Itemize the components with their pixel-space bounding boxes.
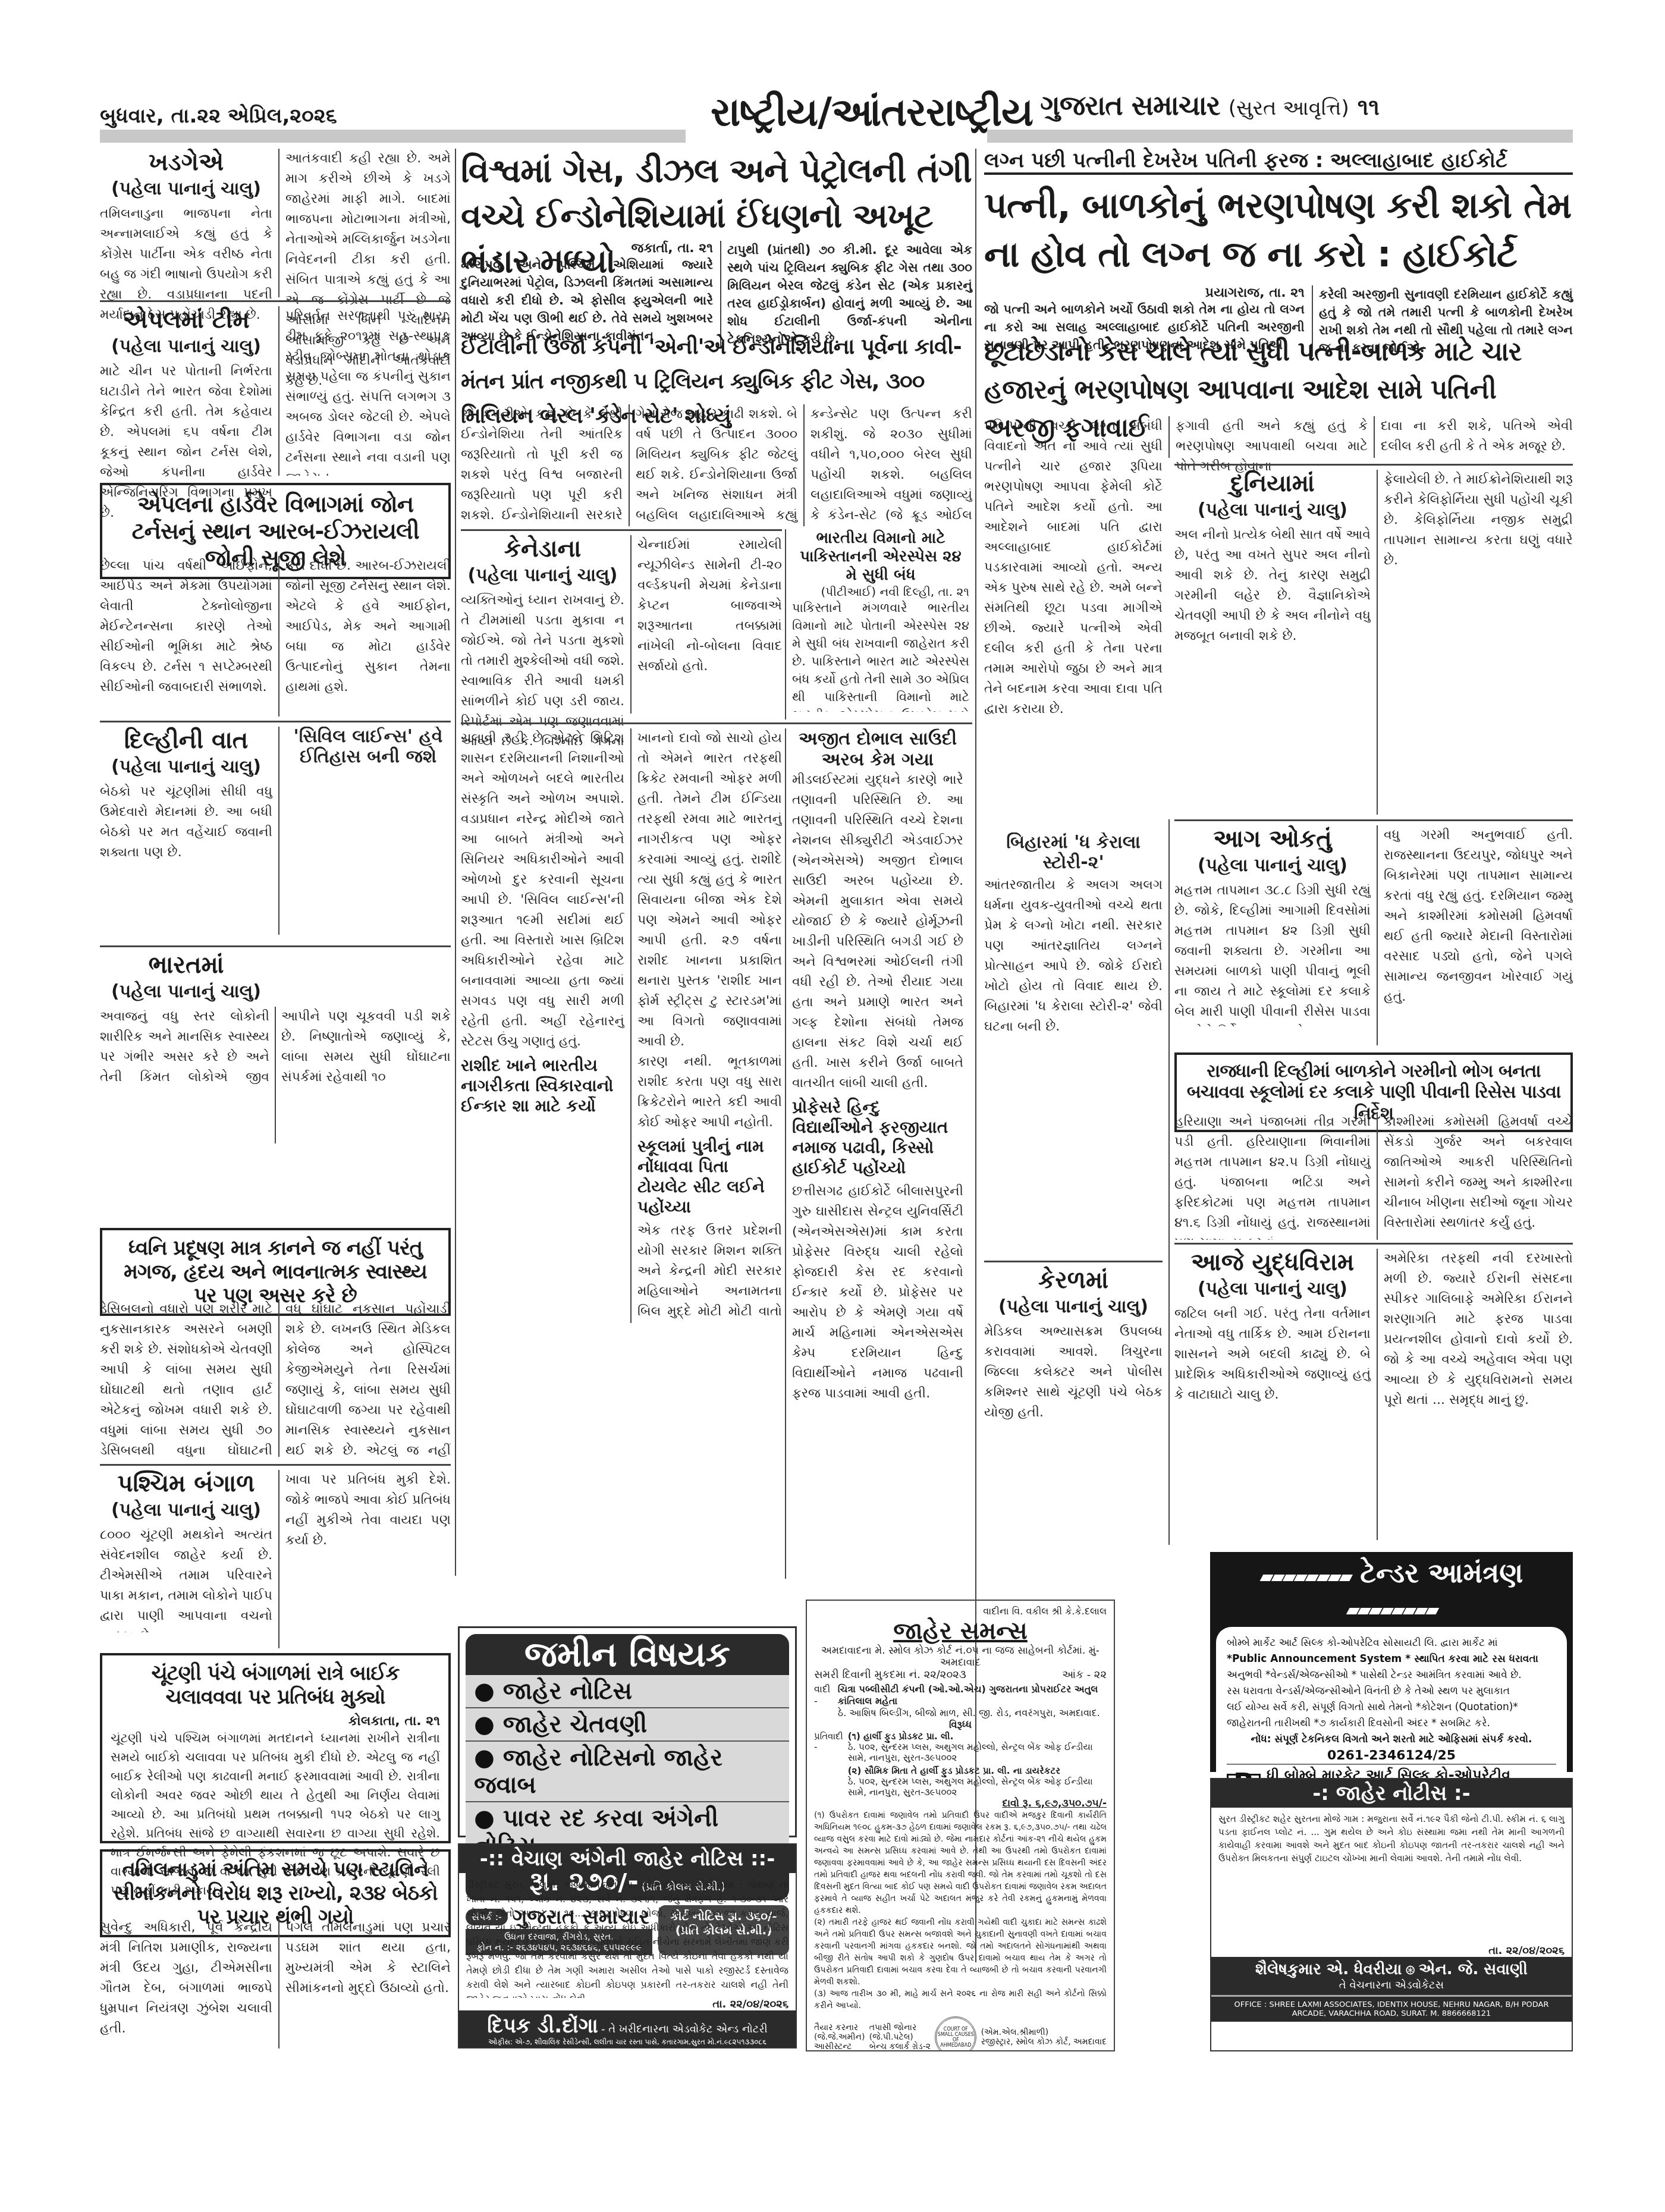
article-title: પ્રોફેસરે હિન્દુ વિદ્યાર્થીઓને ફરજીયાત ન… bbox=[792, 1097, 963, 1178]
summons-case: સમરી દિવાની મુકદમા નં. ૨૨/૨૦૨૩ bbox=[814, 1669, 966, 1681]
edition-label: (સુરત આવૃત્તિ) bbox=[1229, 96, 1349, 120]
article-doval: અજીત દોભાલ સાઉદી અરબ કેમ ગયા મીડલઈસ્ટમાં… bbox=[785, 728, 963, 1579]
ad-service-item: જાહેર ચેતવણી bbox=[466, 1708, 789, 1742]
article-title: આગ ઓકતું bbox=[1174, 825, 1371, 853]
versus-label: વિરૂધ્ધ bbox=[814, 1719, 1107, 1731]
defendant-label: પ્રતિવાદી - bbox=[814, 1731, 843, 1798]
article-kharge-cont: આતંકવાદી કહી રહ્યા છે. અમે માગ કરીએ છીએ … bbox=[278, 149, 451, 297]
notice-date: તા. ૨૨/૦૪/૨૦૨૬ bbox=[459, 1998, 796, 2010]
article-body-2: કારણ નથી. ભૂતકાળમાં રાશીદ કરતા પણ વધુ સા… bbox=[637, 1052, 782, 1133]
article-bengal-cont: ખાવા પર પ્રતિબંધ મુકી દેશે. જોકે ભાજપે આ… bbox=[278, 1470, 451, 1648]
article-subtitle: (પહેલા પાનાનું ચાલુ) bbox=[1174, 1278, 1371, 1299]
article-delhi: દિલ્હીની વાત (પહેલા પાનાનું ચાલુ) બેઠકો … bbox=[100, 727, 272, 948]
headline-bike-ban: ચૂંટણી પંચે બંગાળમાં રાત્રે બાઈક ચલાવવવા… bbox=[111, 1661, 440, 1709]
signatory: તૈયાર કરનાર(જે.જે.અમીન)આસીસ્ટન્ટ bbox=[814, 2023, 865, 2051]
summons-para: (૩) આજ તારીખ ૩૦ મી, માહે માર્ચ સને ૨૦૨૬ … bbox=[814, 1988, 1107, 2012]
article-title: પશ્ચિમ બંગાળ bbox=[100, 1470, 272, 1497]
article-subtitle: (પહેલા પાનાનું ચાલુ) bbox=[100, 178, 272, 199]
ad-service-item: જાહેર નોટિસનો જાહેર જવાબ bbox=[466, 1742, 789, 1802]
column: ગેસ રોજ બહાર કાઢી શકશે. બે વર્ષ પછી તે ઉ… bbox=[629, 404, 797, 526]
page-number: ૧૧ bbox=[1358, 94, 1380, 121]
article-title: સ્કૂલમાં પુત્રીનું નામ નોંધાવવા પિતા ટોય… bbox=[637, 1136, 782, 1217]
article-delhi-school-body2: કાશ્મીરમાં કમોસમી હિમવર્ષા વચ્ચે સેંકડો … bbox=[1377, 1112, 1573, 1240]
article-world-cont: ફેલાયેલી છે. તે માઈક્રોનેશિયાથી શરૂ કરીન… bbox=[1377, 470, 1573, 815]
article-title: એપલમાં ટીમ bbox=[100, 306, 272, 334]
header-rule-right bbox=[987, 130, 1573, 143]
article-title: ખડગેએ bbox=[100, 149, 272, 176]
ad-land-notices: જમીન વિષયક જાહેર નોટિસ જાહેર ચેતવણી જાહે… bbox=[458, 1626, 797, 1837]
article-kerala-story: બિહારમાં 'ધ કેરાલા સ્ટોરી-૨' આંતરજાતીય ક… bbox=[984, 832, 1163, 1142]
divider bbox=[100, 300, 451, 302]
article-noise-body2: વધુ ઘોંઘાટ નુકસાન પહોંચાડી શકે છે. લખનઉ … bbox=[278, 1299, 451, 1457]
tender-title: ▰▰▰▰▰▰▰▰ ટેન્ડર આમંત્રણ ▰▰▰▰▰▰▰▰ bbox=[1210, 1552, 1573, 1627]
divider bbox=[461, 529, 782, 531]
defendant-1-address: ઠે. ૫૦૨, સુન્દરમ પ્લસ, અથુગલ મહોલ્લો, સે… bbox=[848, 1742, 1107, 1763]
signatory: (એમ.એલ.શ્રીમાળી)રજીસ્ટ્રાર, સ્મોલ કોઝ કો… bbox=[981, 2028, 1107, 2047]
article-title: ભારતમાં bbox=[100, 951, 272, 979]
plaintiff-label: વાદી - bbox=[814, 1683, 833, 1719]
summons-lawyer: વાદીના વિ. વકીલ શ્રી કે.કે.દલાલ bbox=[814, 1605, 1107, 1617]
divider bbox=[100, 721, 451, 722]
article-subtitle: (પહેલા પાનાનું ચાલુ) bbox=[1174, 499, 1371, 520]
summons-para: (૨) તમારી તરફે હાજર થઈ જવાની નોંધ કરાવી … bbox=[814, 1916, 1107, 1988]
article-body: મહત્તમ તાપમાન ૩૮.૮ ડિગ્રી સુધી રહ્યું છે… bbox=[1174, 881, 1371, 1026]
article-subtitle: (પહેલા પાનાનું ચાલુ) bbox=[100, 981, 272, 1002]
court-summons: વાદીના વિ. વકીલ શ્રી કે.કે.દલાલ જાહેર સમ… bbox=[806, 1600, 1115, 2051]
stripe-decoration-icon: ▰▰▰▰▰▰▰▰ bbox=[1260, 1566, 1351, 1587]
divider bbox=[984, 1261, 1163, 1262]
divider bbox=[1174, 1243, 1573, 1245]
advocate-address: ઓફીસ: એ-૭, શીવાલિક રેસીડેન્સી, લલીતા ચાર… bbox=[463, 2038, 792, 2047]
section-title: રાષ્ટ્રીય/આંતરરાષ્ટ્રીય bbox=[711, 89, 1033, 136]
article-body: ૮૦૦૦ ચૂંટણી મથકોને અત્યંત સંવેદનશીલ જાહે… bbox=[100, 1525, 272, 1632]
dateline: જકાર્તા, તા. ૨૧ bbox=[461, 241, 713, 256]
header-rule-left bbox=[100, 130, 686, 143]
public-notice: -: જાહેર નોટીસ :- સુરત ડીસ્ટ્રીકટ શહેર સ… bbox=[1210, 1778, 1573, 2051]
advocate-name: શૈલેષકુમાર એ. ધેવરીયા bbox=[1255, 1960, 1402, 1978]
court-seal-icon: COURT OF SMALL CAUSES OF AHMEDABAD bbox=[935, 2016, 976, 2051]
article-pakistan: ભારતીય વિમાનો માટે પાકિસ્તાનની એરસ્પેસ ૨… bbox=[785, 529, 969, 719]
advocate-role: તે વેચનારના એડવોકેટસ bbox=[1215, 1979, 1568, 1991]
tender-phone: 0261-2346124/25 bbox=[1227, 1748, 1556, 1764]
ad-service-item: જાહેર નોટિસ bbox=[466, 1675, 789, 1708]
article-world: દુનિયામાં (પહેલા પાનાનું ચાલુ) અલ નીનો પ… bbox=[1174, 470, 1371, 805]
column: ફગાવી હતી અને કહ્યું હતું કે ભરણપોષણ આપવ… bbox=[1176, 416, 1368, 458]
advocate-role: - તે ખરીદનારના એડવોકેટ એન્ડ નોટરી bbox=[601, 2023, 768, 2035]
article-title: ભારતીય વિમાનો માટે પાકિસ્તાનની એરસ્પેસ ૨… bbox=[792, 529, 969, 585]
article-title: કેનેડાના bbox=[461, 535, 624, 563]
notice-date: તા. ૨૨/૦૪/૨૦૨૬ bbox=[1211, 1944, 1572, 1957]
defendant-2-address: ઠે. ૫૦૨, સુન્દરમ પ્લસ, અથુગલ મહોલ્લો, સે… bbox=[848, 1776, 1107, 1798]
article-allahabad-cols: ફગાવી હતી અને કહ્યું હતું કે ભરણપોષણ આપવ… bbox=[1168, 416, 1573, 458]
notice-body: ડીસ્ટ્રીકટ સુરત, તાલુકો: અબ્રામા (જુનો ત… bbox=[459, 1873, 796, 1998]
article-body: ચલાવી રહી છે એટલે બ્રિટિશ શાસન દરમિયાનની… bbox=[461, 728, 624, 1052]
column-rule bbox=[1168, 819, 1170, 1545]
article-subtitle: (પહેલા પાનાનું ચાલુ) bbox=[461, 565, 624, 586]
article-civil-lines-left: 'સિવિલ લાઈન્સ' હવે ઈતિહાસ બની જશે bbox=[278, 727, 451, 935]
article-apple-team-cont: પરિવર્તન સરળતાથી પૂરું થાય. ટીમ કૂકે ૨૦૧… bbox=[278, 306, 451, 476]
summons-para: (૧) ઉપરોકત દાવામાં જણાવેલ તમો પ્રતિવાદી … bbox=[814, 1809, 1107, 1916]
article-india: ભારતમાં (પહેલા પાનાનું ચાલુ) અવાજનું વધુ… bbox=[100, 951, 451, 1143]
article-title: આજે યુદ્ધવિરામ bbox=[1174, 1249, 1371, 1276]
article-apple-body: છેલ્લા પાંચ વર્ષથી આઈફોન, આઈપેડ અને મેકમ… bbox=[100, 556, 272, 717]
article-civil-lines: ચલાવી રહી છે એટલે બ્રિટિશ શાસન દરમિયાનની… bbox=[461, 728, 624, 1323]
paper-name: ગુજરાત સમાચાર bbox=[1040, 89, 1220, 122]
summons-court: અમદાવાદના મે. સ્મોલ કોઝ કોર્ટ નં.૦૫ ના જ… bbox=[814, 1645, 1107, 1669]
issue-date: બુધવાર, તા.૨૨ એપ્રિલ,૨૦૨૬ bbox=[100, 104, 337, 128]
plaintiff-name: ચિત્રા પબ્લીસીટી કંપની (ઓ.ઓ.એચ) ગુજરાતના… bbox=[838, 1683, 1107, 1707]
signatory: તપાસી જોનાર(જે.પી.પટેલ)બેન્ચ કલાર્ક ગ્રે… bbox=[869, 2023, 931, 2051]
stripe-decoration-icon: ▰▰▰▰▰▰▰▰ bbox=[1346, 1600, 1437, 1620]
article-bengal: પશ્ચિમ બંગાળ (પહેલા પાનાનું ચાલુ) ૮૦૦૦ ચ… bbox=[100, 1470, 272, 1632]
article-body: એક તરફ ઉત્તર પ્રદેશની યોગી સરકાર મિશન શક… bbox=[637, 1221, 782, 1323]
article-body: મીડલઈસ્ટમાં યુદ્ધને કારણે ભારે તણાવની પર… bbox=[792, 770, 963, 1094]
article-apple-body2: કરી દીધી છે. આરબ-ઈઝરાયલી જોની સૂજી ટર્નસ… bbox=[278, 556, 451, 717]
article-noise-body: ડેસિબલનો વધારો પણ શરીર માટે નુકસાનકારક અ… bbox=[100, 1299, 272, 1457]
article-title: કેરળમાં bbox=[984, 1267, 1163, 1294]
notice-body: સુરત ડીસ્ટ્રીકટ શહેર સુરતના મોજે ગામ : મ… bbox=[1211, 1808, 1572, 1944]
divider bbox=[1174, 464, 1573, 466]
column: દાવા ના કરી શકે, પતિએ એવી દલીલ કરી હતી ક… bbox=[1374, 416, 1573, 458]
article-rashid: ખાનનો દાવો જો સાચો હોય તો એમને ભારત તરફથ… bbox=[630, 728, 782, 1323]
article-title: દુનિયામાં bbox=[1174, 470, 1371, 497]
column: એ કંપનીએ કહ્યું છે કે તેથી ઈન્ડોનેશિયા ત… bbox=[461, 404, 623, 526]
article-body: બેઠકો પર ચૂંટણીમાં સીધી વધુ ઉમેદવારો મેદ… bbox=[100, 782, 272, 948]
divider bbox=[100, 1464, 451, 1466]
headline-allahabad: પત્ની, બાળકોનું ભરણપોષણ કરી શકો તેમ ના હ… bbox=[984, 181, 1573, 279]
article-title: 'સિવિલ લાઈન્સ' હવે ઈતિહાસ બની જશે bbox=[285, 727, 451, 767]
sale-notice: -:: વેચાણ અંગેની જાહેર નોટિસ ::- ડીસ્ટ્ર… bbox=[458, 1843, 797, 2048]
claim-amount: દાવો રૂ. ૬,૯૭,૩૫૦.૭૫/- bbox=[814, 1798, 1107, 1809]
article-allahabad-col1: પતિ-પત્ની વચ્ચે લગ્ન સંબંધી વિવાદનો અંત … bbox=[984, 416, 1163, 827]
article-body: વ્યક્તિઓનું ધ્યાન રાખવાનું છે. તે ટીમમાં… bbox=[461, 590, 624, 745]
article-bike-ban: ચૂંટણી પંચે બંગાળમાં રાત્રે બાઈક ચલાવવવા… bbox=[100, 1653, 451, 1843]
article-subtitle: (પહેલા પાનાનું ચાલુ) bbox=[984, 1296, 1163, 1317]
office-address: OFFICE : SHREE LAXMI ASSOCIATES, IDENTIX… bbox=[1211, 1995, 1572, 2022]
article-canada: કેનેડાના (પહેલા પાનાનું ચાલુ) વ્યક્તિઓનુ… bbox=[461, 535, 624, 745]
kicker-allahabad: લગ્ન પછી પત્નીની દેખરેખ પતિની ફરજ : અલ્લ… bbox=[984, 149, 1573, 175]
article-body: મેડિકલ અભ્યાસક્રમ ઉપલબ્ધ કરાવવામાં આવશે.… bbox=[984, 1322, 1163, 1560]
masthead-right: ગુજરાત સમાચાર (સુરત આવૃત્તિ) ૧૧ bbox=[1040, 89, 1380, 122]
ad-service-list: જાહેર નોટિસ જાહેર ચેતવણી જાહેર નોટિસનો જ… bbox=[466, 1675, 789, 1863]
ad-title: જમીન વિષયક bbox=[466, 1634, 789, 1675]
article-ceasefire: આજે યુદ્ધવિરામ (પહેલા પાનાનું ચાલુ) જટિલ… bbox=[1174, 1249, 1371, 1524]
plaintiff-address: ઠે. આશિષ બિલ્ડીંગ, બીજો માળ, સી. જી. રોડ… bbox=[838, 1707, 1107, 1719]
article-body: પાકિસ્તાને મંગળવારે ભારતીય વિમાનો માટે પ… bbox=[792, 599, 969, 712]
article-indonesia-cols: એ કંપનીએ કહ્યું છે કે તેથી ઈન્ડોનેશિયા ત… bbox=[461, 404, 972, 526]
article-body: અવાજનું વધુ સ્તર લોકોની શારીરિક અને માનસ… bbox=[100, 1007, 451, 1143]
article-subtitle: (પહેલા પાનાનું ચાલુ) bbox=[1174, 855, 1371, 876]
article-body: અલ નીનો પ્રત્યેક બેથી સાત વર્ષે આવે છે, … bbox=[1174, 525, 1371, 805]
divider bbox=[461, 722, 972, 724]
article-title: રાશીદ ખાને ભારતીય નાગરીકતા સ્વિકારવાનો ઈ… bbox=[461, 1055, 624, 1116]
notice-title: -:: વેચાણ અંગેની જાહેર નોટિસ ::- bbox=[459, 1845, 796, 1873]
article-subtitle: (પહેલા પાનાનું ચાલુ) bbox=[100, 336, 272, 357]
ad-tender: ▰▰▰▰▰▰▰▰ ટેન્ડર આમંત્રણ ▰▰▰▰▰▰▰▰ બોમ્બે … bbox=[1210, 1552, 1573, 1772]
column-rule bbox=[455, 149, 456, 1576]
advocate-name-2: એન. જે. સવાણી bbox=[1419, 1960, 1528, 1978]
divider bbox=[1174, 819, 1573, 821]
article-tamilnadu-body2: પગલે તમિલનાડુમાં પણ પ્રચાર પડઘમ શાંત થયા… bbox=[278, 1918, 451, 2048]
advocates-emblem-icon: ⊛ bbox=[1405, 1963, 1416, 1978]
article-body: છત્તીસગઢ હાઈકોર્ટે બીલાસપુરની ગુરુ ઘાસીદ… bbox=[792, 1182, 963, 1404]
article-tamilnadu-body: સુવેન્દુ અધિકારી, પૂર્વ કેન્દ્રીય મંત્રી… bbox=[100, 1918, 272, 2048]
article-title: બિહારમાં 'ધ કેરાલા સ્ટોરી-૨' bbox=[984, 832, 1163, 873]
article-body: જટિલ બની ગઈ. પરંતુ તેના વર્તમાન નેતાઓ વધ… bbox=[1174, 1304, 1371, 1524]
article-subtitle: (પહેલા પાનાનું ચાલુ) bbox=[100, 1500, 272, 1520]
article-subtitle: (પહેલા પાનાનું ચાલુ) bbox=[100, 756, 272, 777]
article-title: અજીત દોભાલ સાઉદી અરબ કેમ ગયા bbox=[792, 728, 963, 770]
column: કન્ડેન્સેટ પણ ઉત્પન્ન કરી શકીશું. જે ૨૦૩… bbox=[803, 404, 972, 526]
notice-title: -: જાહેર નોટીસ :- bbox=[1211, 1779, 1572, 1808]
advocate-name: દિપક ડી.દોંગા bbox=[487, 2014, 598, 2038]
dateline: (પીટીઆઈ) નવી દિલ્હી, તા. ૨૧ bbox=[792, 585, 969, 599]
article-canada-cont: ચેન્નાઈમાં રમાયેલી ન્યૂઝીલેન્ડ સામેની ટી… bbox=[630, 535, 782, 714]
article-kharge: ખડગેએ (પહેલા પાનાનું ચાલુ) તમિલનાડુના ભા… bbox=[100, 149, 272, 325]
article-kerala: કેરળમાં (પહેલા પાનાનું ચાલુ) મેડિકલ અભ્ય… bbox=[984, 1267, 1163, 1560]
article-heat: આગ ઓકતું (પહેલા પાનાનું ચાલુ) મહત્તમ તાપ… bbox=[1174, 825, 1371, 1026]
article-delhi-school-body: હરિયાણા અને પંજાબમાં તીવ્ર ગરમી પડી હતી.… bbox=[1174, 1112, 1371, 1240]
divider bbox=[100, 945, 451, 947]
article-heat-cont: વધુ ગરમી અનુભવાઈ હતી. રાજસ્થાનના ઉદયપુર,… bbox=[1377, 825, 1573, 1045]
defendant-1: (૧) હાર્લી ફુડ પ્રોડકટ પ્રા. લી. bbox=[848, 1731, 1107, 1742]
defendant-2: (૨) સૌમિક મિતા તે હાર્લી ફુડ પ્રોડકટ પ્ર… bbox=[848, 1765, 1107, 1776]
article-body: આંતરજાતીય કે અલગ અલગ ધર્મના યુવક-યુવતીઓ … bbox=[984, 875, 1163, 1037]
article-ceasefire-cont: અમેરિકા તરફથી નવી દરખાસ્તો મળી છે. જ્યાર… bbox=[1377, 1249, 1573, 1540]
dateline: પ્રયાગરાજ, તા. ૨૧ bbox=[984, 285, 1305, 300]
tender-note: નોંધ: સંપૂર્ણ ટેકનિકલ વિગતો અને શરતો માટ… bbox=[1227, 1732, 1556, 1748]
article-title: દિલ્હીની વાત bbox=[100, 727, 272, 754]
summons-ank: આંક - ૨૨ bbox=[1062, 1669, 1107, 1681]
summons-title: જાહેર સમન્સ bbox=[814, 1617, 1107, 1645]
dateline: કોલકાતા, તા. ૨૧ bbox=[111, 1714, 440, 1729]
article-body: ખાનનો દાવો જો સાચો હોય તો એમને ભારત તરફથ… bbox=[637, 728, 782, 1052]
